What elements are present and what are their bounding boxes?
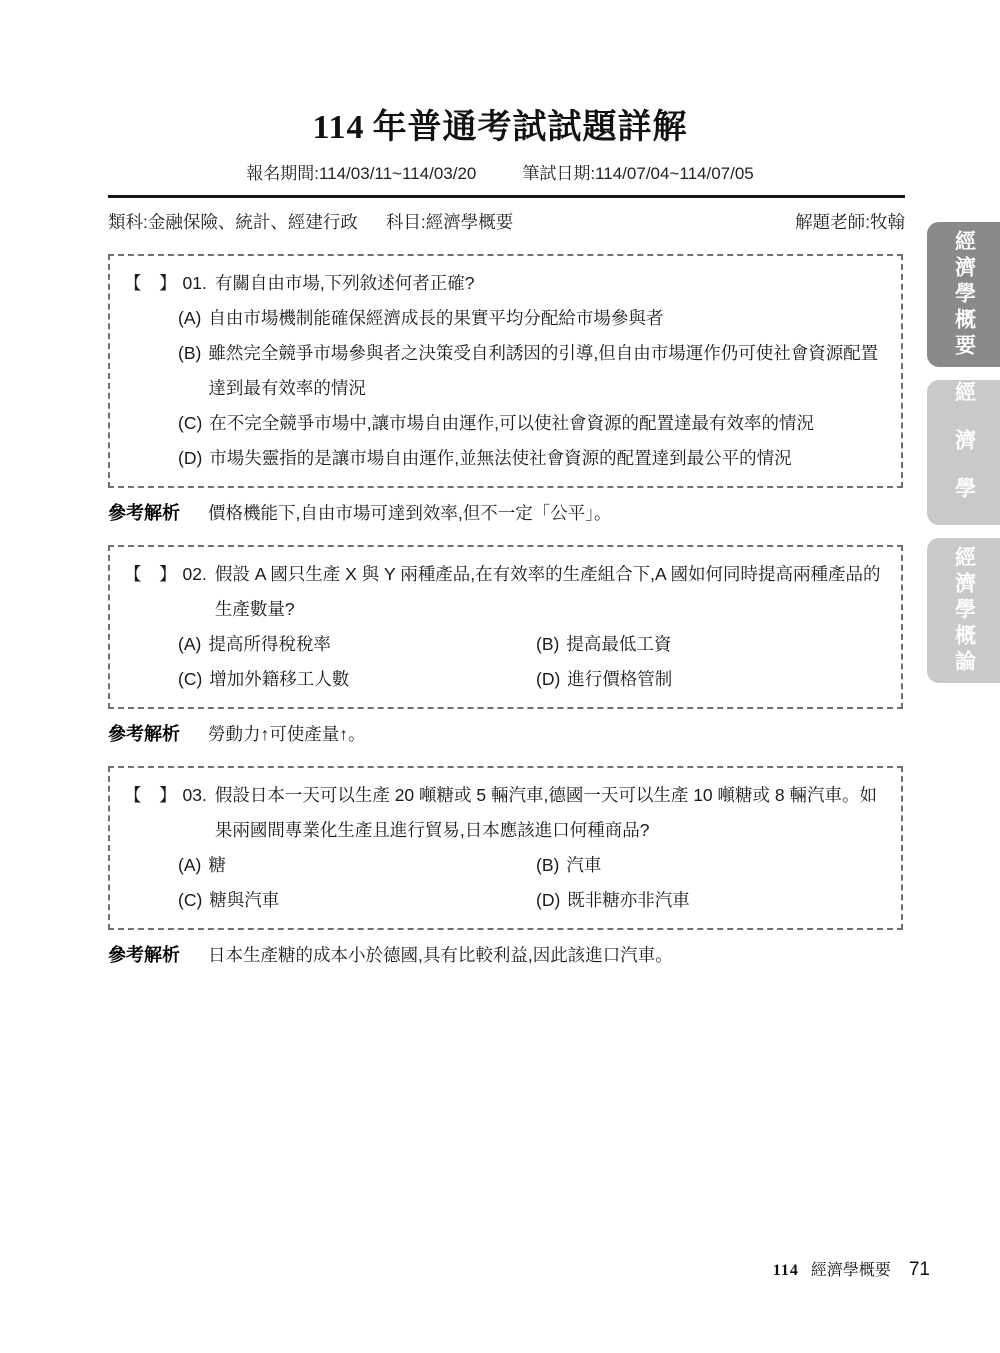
registration-period: 報名期間:114/03/11~114/03/20 — [246, 162, 476, 186]
title-year: 114 — [312, 109, 364, 146]
option-key: (C) — [178, 662, 202, 697]
option-text: 雖然完全競爭市場參與者之決策受自利誘因的引導,但自由市場運作仍可使社會資源配置達… — [208, 336, 889, 406]
option-text: 糖與汽車 — [209, 883, 536, 918]
option-key: (D) — [178, 441, 202, 476]
chapter-index-tabs: 經濟學概要 經濟學 經濟學概論 — [927, 222, 1000, 683]
answer-brackets: 【 】 — [124, 557, 177, 592]
solution-teacher: 解題老師:牧翰 — [795, 211, 905, 234]
analysis-1: 參考解析 價格機能下,自由市場可達到效率,但不一定「公平」。 — [108, 501, 905, 525]
option-key: (A) — [178, 848, 201, 883]
analysis-label: 參考解析 — [108, 501, 188, 525]
question-3-stem-row: 【 】 03. 假設日本一天可以生產 20 噸糖或 5 輛汽車,德國一天可以生產… — [124, 778, 889, 848]
option-text: 增加外籍移工人數 — [209, 662, 536, 697]
option-key: (B) — [178, 336, 201, 371]
option-key: (D) — [536, 883, 560, 918]
question-stem: 假設 A 國只生產 X 與 Y 兩種產品,在有效率的生產組合下,A 國如何同時提… — [215, 557, 889, 627]
option-text: 在不完全競爭市場中,讓市場自由運作,可以使社會資源的配置達最有效率的情況 — [209, 406, 889, 441]
analysis-text: 日本生產糖的成本小於德國,具有比較利益,因此該進口汽車。 — [208, 943, 905, 967]
analysis-2: 參考解析 勞動力↑可使產量↑。 — [108, 722, 905, 746]
footer-volume: 114 — [773, 1262, 799, 1280]
option-text: 提高最低工資 — [566, 627, 889, 662]
analysis-label: 參考解析 — [108, 722, 188, 746]
option-c: (C) 增加外籍移工人數 — [178, 662, 536, 697]
option-key: (C) — [178, 406, 202, 441]
option-d: (D) 市場失靈指的是讓市場自由運作,並無法使社會資源的配置達到最公平的情況 — [178, 441, 889, 476]
option-c: (C) 糖與汽車 — [178, 883, 536, 918]
option-key: (C) — [178, 883, 202, 918]
analysis-label: 參考解析 — [108, 943, 188, 967]
analysis-text: 價格機能下,自由市場可達到效率,但不一定「公平」。 — [208, 501, 905, 525]
option-key: (D) — [536, 662, 560, 697]
exam-categories: 類科:金融保險、統計、經建行政 — [108, 211, 358, 234]
answer-brackets: 【 】 — [124, 778, 177, 813]
question-2-options: (A) 提高所得稅稅率 (B) 提高最低工資 (C) 增加外籍移工人數 (D) … — [178, 627, 889, 697]
option-text: 自由市場機制能確保經濟成長的果實平均分配給市場參與者 — [208, 301, 889, 336]
question-stem: 有關自由市場,下列敘述何者正確? — [215, 266, 889, 301]
option-d: (D) 既非糖亦非汽車 — [536, 883, 889, 918]
answer-brackets: 【 】 — [124, 266, 177, 301]
exam-solution-page: 114年普通考試試題詳解 報名期間:114/03/11~114/03/20 筆試… — [0, 0, 1000, 967]
footer-book-title: 經濟學概要 — [811, 1257, 891, 1280]
option-text: 汽車 — [566, 848, 889, 883]
page-title: 114年普通考試試題詳解 — [0, 106, 1000, 149]
question-number: 01. — [183, 266, 207, 301]
exam-dates-line: 報名期間:114/03/11~114/03/20 筆試日期:114/07/04~… — [0, 162, 1000, 186]
tab-jingjixue-gailun: 經濟學概論 — [927, 538, 1000, 683]
option-b: (B) 雖然完全競爭市場參與者之決策受自利誘因的引導,但自由市場運作仍可使社會資… — [178, 336, 889, 406]
analysis-3: 參考解析 日本生產糖的成本小於德國,具有比較利益,因此該進口汽車。 — [108, 943, 905, 967]
option-text: 市場失靈指的是讓市場自由運作,並無法使社會資源的配置達到最公平的情況 — [209, 441, 889, 476]
option-key: (B) — [536, 848, 559, 883]
option-text: 提高所得稅稅率 — [208, 627, 536, 662]
analysis-text: 勞動力↑可使產量↑。 — [208, 722, 905, 746]
option-text: 進行價格管制 — [567, 662, 889, 697]
option-key: (B) — [536, 627, 559, 662]
question-box-3: 【 】 03. 假設日本一天可以生產 20 噸糖或 5 輛汽車,德國一天可以生產… — [108, 766, 903, 930]
footer-page-number: 71 — [909, 1259, 930, 1281]
tab-jingjixue-gaiyao: 經濟學概要 — [927, 222, 1000, 367]
header-divider — [108, 195, 905, 198]
exam-meta-line: 類科:金融保險、統計、經建行政 科目:經濟學概要 解題老師:牧翰 — [108, 211, 905, 234]
question-number: 03. — [183, 778, 207, 813]
option-a: (A) 自由市場機制能確保經濟成長的果實平均分配給市場參與者 — [178, 301, 889, 336]
option-b: (B) 提高最低工資 — [536, 627, 889, 662]
option-key: (A) — [178, 301, 201, 336]
tab-jingjixue: 經濟學 — [927, 380, 1000, 525]
option-a: (A) 糖 — [178, 848, 536, 883]
option-text: 既非糖亦非汽車 — [567, 883, 889, 918]
question-number: 02. — [183, 557, 207, 592]
page-footer: 114 經濟學概要 71 — [773, 1257, 930, 1281]
option-text: 糖 — [208, 848, 536, 883]
question-1-stem-row: 【 】 01. 有關自由市場,下列敘述何者正確? — [124, 266, 889, 301]
exam-subject: 科目:經濟學概要 — [386, 211, 513, 234]
option-c: (C) 在不完全競爭市場中,讓市場自由運作,可以使社會資源的配置達最有效率的情況 — [178, 406, 889, 441]
document-header: 114年普通考試試題詳解 報名期間:114/03/11~114/03/20 筆試… — [0, 0, 1000, 186]
title-text: 年普通考試試題詳解 — [373, 108, 688, 146]
question-2-stem-row: 【 】 02. 假設 A 國只生產 X 與 Y 兩種產品,在有效率的生產組合下,… — [124, 557, 889, 627]
question-box-2: 【 】 02. 假設 A 國只生產 X 與 Y 兩種產品,在有效率的生產組合下,… — [108, 545, 903, 709]
question-3-options: (A) 糖 (B) 汽車 (C) 糖與汽車 (D) 既非糖亦非汽車 — [178, 848, 889, 918]
option-key: (A) — [178, 627, 201, 662]
question-1-options: (A) 自由市場機制能確保經濟成長的果實平均分配給市場參與者 (B) 雖然完全競… — [178, 301, 889, 476]
option-b: (B) 汽車 — [536, 848, 889, 883]
question-box-1: 【 】 01. 有關自由市場,下列敘述何者正確? (A) 自由市場機制能確保經濟… — [108, 254, 903, 488]
option-a: (A) 提高所得稅稅率 — [178, 627, 536, 662]
option-d: (D) 進行價格管制 — [536, 662, 889, 697]
question-stem: 假設日本一天可以生產 20 噸糖或 5 輛汽車,德國一天可以生產 10 噸糖或 … — [215, 778, 889, 848]
written-exam-date: 筆試日期:114/07/04~114/07/05 — [522, 162, 753, 186]
